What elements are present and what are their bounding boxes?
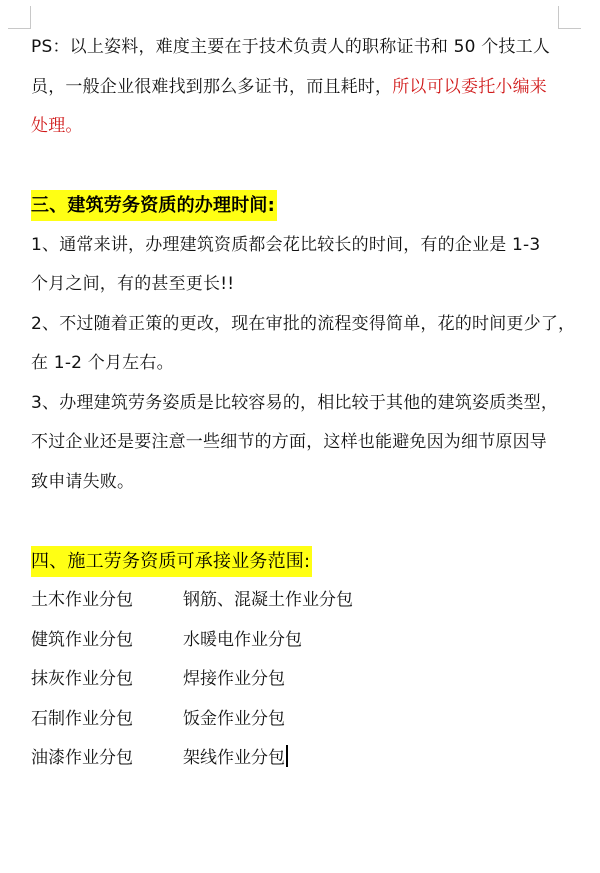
section-3: 三、建筑劳务资质的办理时间: 1、通常来讲，办理建筑资质都会花比较长的时间，有的… [31,186,561,502]
ps-line-2-red-text: 所以可以委托小编来 [392,77,547,97]
scope-item-right: 焊接作业分包 [183,660,285,700]
section-4: 四、施工劳务资质可承接业务范围: 土木作业分包 钢筋、混凝土作业分包 健筑作业分… [31,542,561,779]
text-cursor [286,745,288,767]
scope-item-left: 抹灰作业分包 [31,660,183,700]
scope-row: 土木作业分包 钢筋、混凝土作业分包 [31,581,561,621]
ps-line-1: PS：以上姿料，难度主要在于技术负责人的职称证书和 50 个技工人 [31,28,561,68]
document-page[interactable]: PS：以上姿料，难度主要在于技术负责人的职称证书和 50 个技工人 员，一般企业… [31,28,561,779]
scope-item-left: 健筑作业分包 [31,621,183,661]
scope-row: 抹灰作业分包 焊接作业分包 [31,660,561,700]
page-corner-mark-top-right [558,6,581,29]
section-3-paragraph-line: 2、不过随着正策的更改，现在审批的流程变得简单，花的时间更少了， [31,305,561,345]
section-3-paragraph-line: 3、办理建筑劳务姿质是比较容易的，相比较于其他的建筑姿质类型， [31,384,561,424]
scope-row: 健筑作业分包 水暖电作业分包 [31,621,561,661]
page-corner-mark-top-left [8,6,31,29]
scope-item-right: 饭金作业分包 [183,700,285,740]
blank-line [31,147,561,187]
scope-item-left: 土木作业分包 [31,581,183,621]
scope-item-right: 水暖电作业分包 [183,621,302,661]
section-3-paragraph-line: 致申请失败。 [31,463,561,503]
section-3-paragraph-line: 个月之间，有的甚至更长!! [31,265,561,305]
ps-line-3-red-text: 处理。 [31,107,561,147]
section-4-heading: 四、施工劳务资质可承接业务范围: [31,546,312,577]
section-3-heading-line: 三、建筑劳务资质的办理时间: [31,186,561,226]
ps-line-2-text: 员，一般企业很难找到那么多证书，而且耗时， [31,77,392,97]
scope-item-right: 钢筋、混凝土作业分包 [183,581,353,621]
section-3-heading: 三、建筑劳务资质的办理时间: [31,190,277,221]
scope-row: 石制作业分包 饭金作业分包 [31,700,561,740]
scope-item-right: 架线作业分包 [183,748,285,768]
scope-grid: 土木作业分包 钢筋、混凝土作业分包 健筑作业分包 水暖电作业分包 抹灰作业分包 … [31,581,561,779]
scope-item-left: 石制作业分包 [31,700,183,740]
blank-line [31,502,561,542]
ps-line-2: 员，一般企业很难找到那么多证书，而且耗时，所以可以委托小编来 [31,68,561,108]
section-3-paragraph-line: 不过企业还是要注意一些细节的方面，这样也能避免因为细节原因导 [31,423,561,463]
scope-row: 油漆作业分包 架线作业分包 [31,739,561,779]
section-3-paragraph-line: 1、通常来讲，办理建筑资质都会花比较长的时间，有的企业是 1-3 [31,226,561,266]
section-3-paragraph-line: 在 1-2 个月左右。 [31,344,561,384]
scope-item-left: 油漆作业分包 [31,739,183,779]
section-4-heading-line: 四、施工劳务资质可承接业务范围: [31,542,561,582]
ps-paragraph: PS：以上姿料，难度主要在于技术负责人的职称证书和 50 个技工人 员，一般企业… [31,28,561,147]
scope-item-right-wrapper: 架线作业分包 [183,739,288,779]
